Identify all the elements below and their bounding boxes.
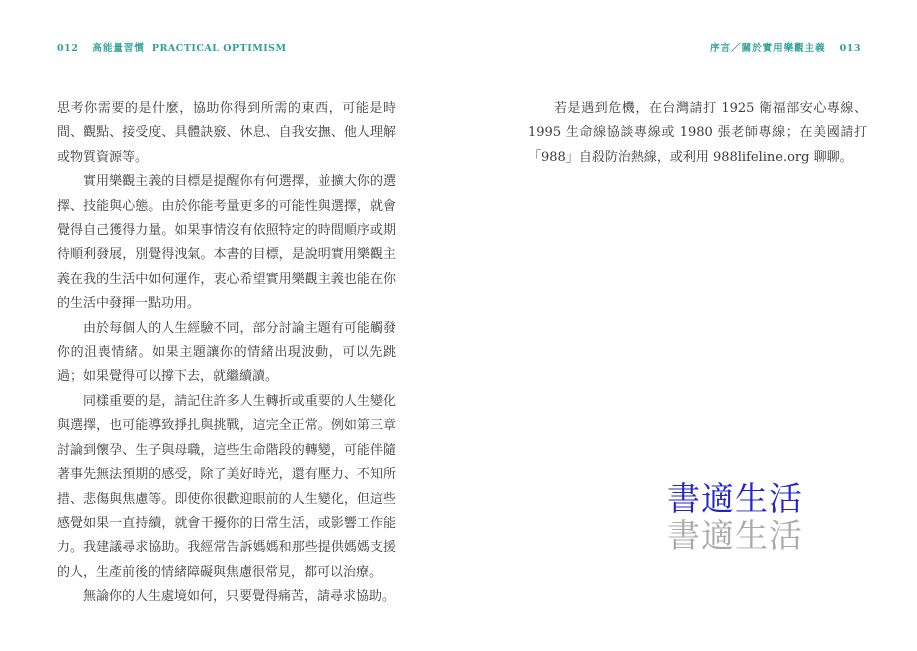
paragraph: 無論你的人生處境如何，只要覺得痛苦，請尋求協助。 [57,585,396,609]
book-title-english: PRACTICAL OPTIMISM [152,43,287,54]
right-page-number: 013 [840,43,861,54]
left-page-body: 思考你需要的是什麼，協助你得到所需的東西，可能是時間、觀點、接受度、具體訣竅、休… [57,97,396,610]
watermark-link[interactable]: 書適生活 [667,480,803,517]
paragraph: 若是遇到危機，在台灣請打 1925 衛福部安心專線、1995 生命線協談專線或 … [528,97,867,170]
right-page-body: 若是遇到危機，在台灣請打 1925 衛福部安心專線、1995 生命線協談專線或 … [528,97,867,170]
paragraph: 實用樂觀主義的目標是提醒你有何選擇，並擴大你的選擇、技能與心態。由於你能考量更多… [57,170,396,316]
book-title-chinese: 高能量習慣 [92,40,145,54]
book-spread: 012 高能量習慣 PRACTICAL OPTIMISM 序言／關於實用樂觀主義… [0,0,917,651]
watermark: 書適生活 書適生活 [667,480,803,554]
left-running-header: 012 高能量習慣 PRACTICAL OPTIMISM [57,40,287,54]
paragraph: 思考你需要的是什麼，協助你得到所需的東西，可能是時間、觀點、接受度、具體訣竅、休… [57,97,396,170]
paragraph: 同樣重要的是，請記住許多人生轉折或重要的人生變化與選擇，也可能導致掙扎與挑戰，這… [57,390,396,585]
paragraph: 由於每個人的人生經驗不同，部分討論主題有可能觸發你的沮喪情緒。如果主題讓你的情緒… [57,317,396,390]
section-title: 序言／關於實用樂觀主義 [710,40,826,54]
right-running-header: 序言／關於實用樂觀主義 013 [710,40,861,54]
watermark-shadow-text: 書適生活 [667,517,803,554]
left-page-number: 012 [57,43,78,54]
